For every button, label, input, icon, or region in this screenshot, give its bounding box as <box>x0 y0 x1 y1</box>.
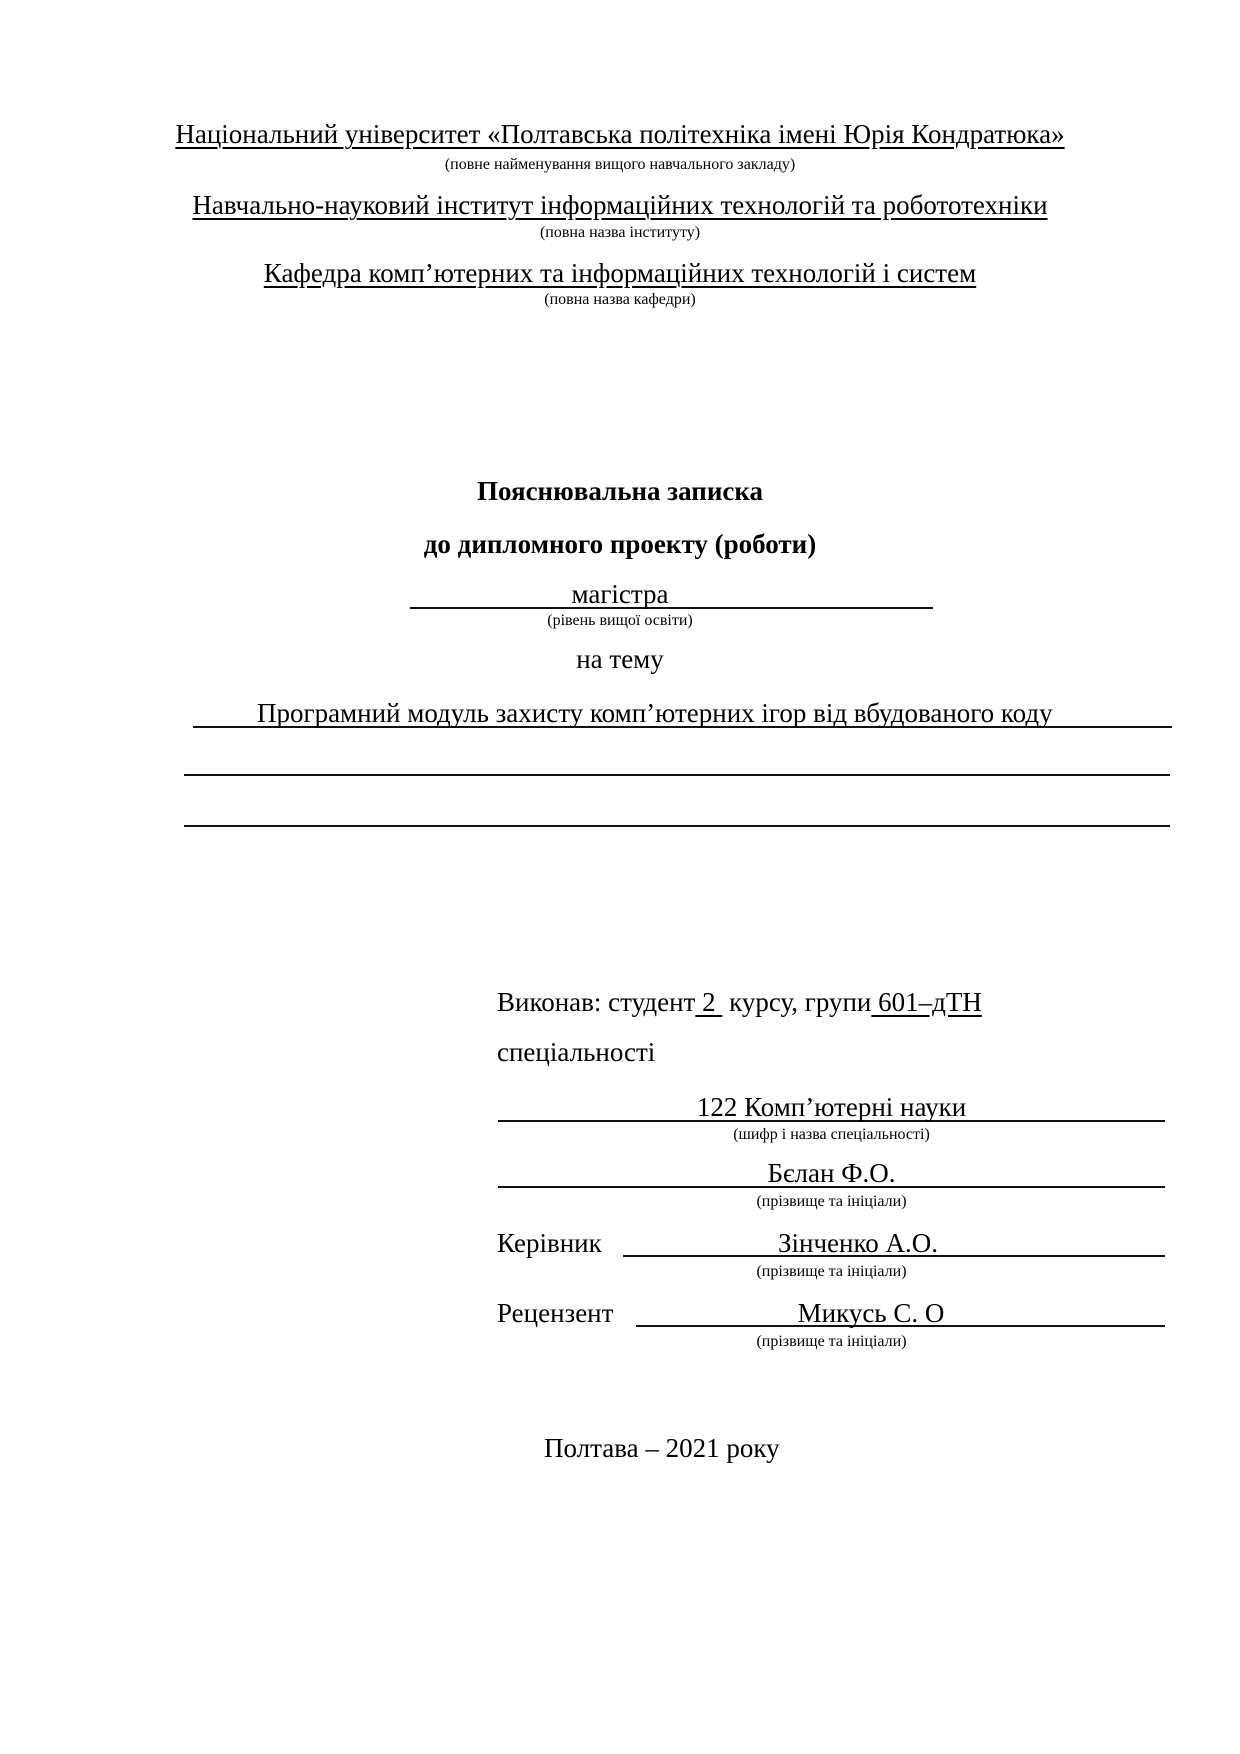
blank-line-1 <box>184 774 1170 776</box>
student-caption: (прізвище та ініціали) <box>498 1192 1165 1212</box>
document-subtitle: до дипломного проекту (роботи) <box>0 528 1240 560</box>
degree-caption: (рівень вищої освіти) <box>0 611 1240 631</box>
performed-label: Виконав: студент <box>497 987 695 1017</box>
specialty-value: 122 Комп’ютерні науки <box>498 1091 1165 1123</box>
institute-caption: (повна назва інституту) <box>0 223 1240 243</box>
department-name: Кафедра комп’ютерних та інформаційних те… <box>0 257 1240 289</box>
topic-text: Програмний модуль захисту комп’ютерних і… <box>257 697 1167 729</box>
university-name: Національний університет «Полтавська пол… <box>0 118 1240 150</box>
supervisor-name: Зінченко А.О. <box>623 1227 1093 1259</box>
department-caption: (повна назва кафедри) <box>0 290 1240 310</box>
institute-name: Навчально-науковий інститут інформаційни… <box>0 189 1240 221</box>
blank-line-2 <box>184 825 1170 827</box>
course-value: 2 <box>695 987 722 1017</box>
performed-by-row: Виконав: студент 2 курсу, групи 601–дТН <box>497 986 982 1018</box>
specialty-label: спеціальності <box>497 1036 655 1068</box>
city-year: Полтава – 2021 року <box>544 1432 780 1464</box>
group-value: 601–дТН <box>871 987 981 1017</box>
reviewer-label: Рецензент <box>497 1297 613 1329</box>
degree-value: магістра <box>0 578 1240 610</box>
reviewer-caption: (прізвище та ініціали) <box>498 1332 1165 1352</box>
supervisor-caption: (прізвище та ініціали) <box>498 1262 1165 1282</box>
course-label: курсу, групи <box>729 987 871 1017</box>
on-topic-label: на тему <box>0 643 1240 675</box>
university-caption: (повне найменування вищого навчального з… <box>0 155 1240 175</box>
specialty-caption: (шифр і назва спеціальності) <box>498 1125 1165 1145</box>
student-name: Бєлан Ф.О. <box>498 1157 1165 1189</box>
document-title: Пояснювальна записка <box>0 475 1240 507</box>
reviewer-name: Микусь С. О <box>636 1297 1106 1329</box>
supervisor-label: Керівник <box>497 1227 602 1259</box>
